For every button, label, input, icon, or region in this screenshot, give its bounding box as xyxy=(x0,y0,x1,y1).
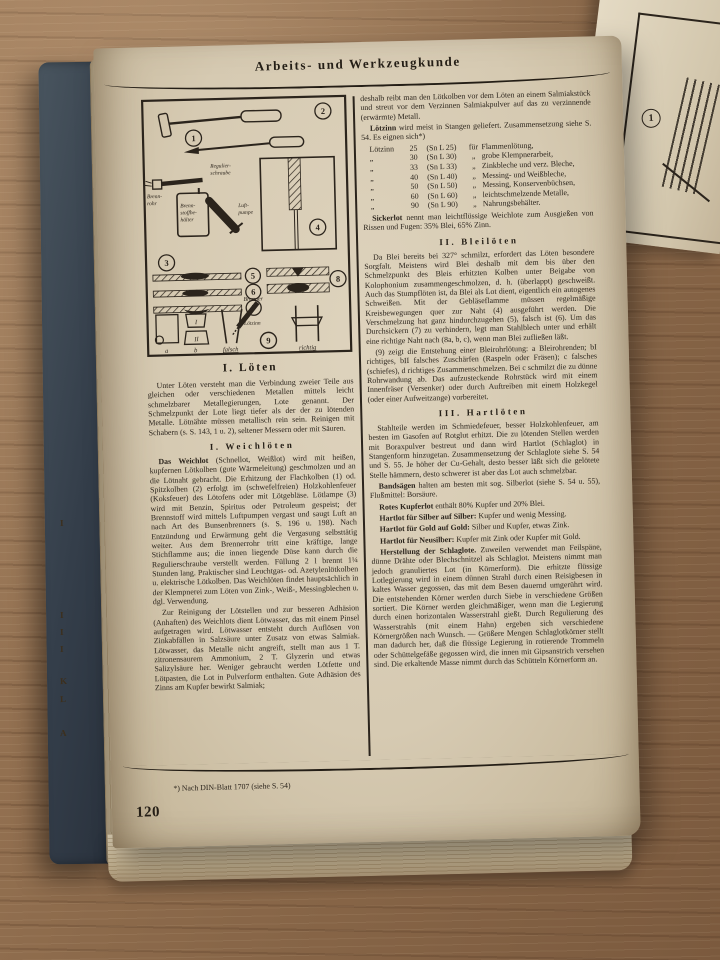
soldered-panel: 4 xyxy=(260,157,336,251)
footnote: *) Nach DIN-Blatt 1707 (siehe S. 54) xyxy=(173,781,290,793)
svg-text:3: 3 xyxy=(164,258,168,268)
text-columns: 1 2 xyxy=(141,88,607,761)
paragraph-blei-1: Da Blei bereits bei 327° schmilzt, erfor… xyxy=(364,247,597,346)
term-hartlot-neusilber: Hartlot für Neusilber: xyxy=(380,535,455,546)
paragraph-salmiak: deshalb reibt man den Lötkolben vor dem … xyxy=(360,88,591,122)
edge-letter: I xyxy=(60,610,64,620)
left-column: 1 2 xyxy=(141,94,363,761)
next-page-figure-frame: 1 xyxy=(612,12,720,247)
figure-soldering-tools: 1 2 xyxy=(141,94,353,357)
page-number: 120 xyxy=(136,804,160,822)
svg-text:falsch: falsch xyxy=(223,346,239,353)
svg-text:Brenn-: Brenn- xyxy=(147,194,162,200)
next-page-drawing-hatch xyxy=(662,77,720,194)
svg-text:8: 8 xyxy=(336,274,340,284)
lotzinn-table: Lötzinn25(Sn L 25)fürFlammenlötung, „30(… xyxy=(361,139,593,212)
svg-text:Brenn-: Brenn- xyxy=(180,203,195,209)
fore-edge-letters: I I I I K L A xyxy=(60,0,80,960)
svg-text:Lötzinn: Lötzinn xyxy=(243,321,261,327)
svg-text:Regulier-: Regulier- xyxy=(209,163,231,170)
section-title-loeten: I. Löten xyxy=(147,359,353,376)
right-column: deshalb reibt man den Lötkolben vor dem … xyxy=(360,88,607,755)
edge-letter: I xyxy=(60,518,64,528)
paragraph-herstellung: Herstellung der Schlaglote. Zuweilen ver… xyxy=(371,542,604,669)
paragraph-weichlot: Das Weichlot (Schnellot, Weißlot) wird m… xyxy=(149,452,359,606)
svg-text:pumpe: pumpe xyxy=(237,210,253,216)
svg-text:a: a xyxy=(165,348,168,355)
term-sickerlot: Sickerlot xyxy=(372,213,402,223)
section-title-weichloeten: I. Weichlöten xyxy=(149,438,355,453)
svg-text:stoffbe-: stoffbe- xyxy=(180,209,197,216)
svg-text:4: 4 xyxy=(315,222,320,232)
blow-lamp: Regulier- schraube Brenn- rohr Brenn- st… xyxy=(144,163,255,272)
svg-text:6: 6 xyxy=(251,287,255,297)
pipe-soldering: a I II b Brenner Lötzinn f xyxy=(154,295,322,355)
book-photo-scene: 1 I I I I K L A Arbeits- und Werkzeugkun… xyxy=(0,0,720,960)
svg-text:I: I xyxy=(194,319,198,326)
seam-sections: 5 6 7 xyxy=(153,268,262,318)
paragraph-loetwasser: Zur Reinigung der Lötstellen und zur bes… xyxy=(153,603,361,692)
book-page: Arbeits- und Werkzeugkunde xyxy=(93,36,640,849)
svg-text:Brenner: Brenner xyxy=(243,296,263,302)
section-title-bleiloeten: II. Bleilöten xyxy=(364,233,595,249)
svg-text:schraube: schraube xyxy=(210,170,231,177)
paragraph-hart-1: Stahlteile werden im Schmiedefeuer, bess… xyxy=(368,418,600,480)
term-bandsaegen: Bandsägen xyxy=(379,481,416,491)
edge-letter: A xyxy=(60,728,67,738)
svg-text:II: II xyxy=(193,336,199,343)
svg-text:richtig: richtig xyxy=(299,344,317,351)
edge-letter: L xyxy=(60,694,66,704)
term-kupferlot: Rotes Kupferlot xyxy=(379,501,433,511)
svg-text:rohr: rohr xyxy=(147,201,158,207)
svg-text:b: b xyxy=(194,347,198,354)
term-hartlot-gold: Hartlot für Gold auf Gold: xyxy=(380,523,470,534)
edge-letter: I xyxy=(60,627,64,637)
svg-text:5: 5 xyxy=(251,271,255,281)
next-page-circled-number: 1 xyxy=(641,108,661,128)
svg-text:1: 1 xyxy=(191,133,195,143)
section-title-hartloeten: III. Hartlöten xyxy=(368,404,599,420)
term-lotzinn: Lötzinn xyxy=(370,123,397,133)
svg-text:2: 2 xyxy=(321,106,325,116)
svg-text:9: 9 xyxy=(266,335,270,345)
paragraph-sickerlot: Sickerlot nennt man leichtflüssige Weich… xyxy=(363,209,594,233)
svg-text:Luft-: Luft- xyxy=(237,202,249,209)
flat-soldering-iron: 1 xyxy=(158,110,282,147)
svg-text:hälter: hälter xyxy=(180,217,194,223)
paragraph-blei-2: (9) zeigt die Entstehung einer Bleirohrl… xyxy=(366,342,598,404)
edge-letter: K xyxy=(60,676,67,686)
butt-weld-sections: 8 xyxy=(267,266,347,293)
edge-letter: I xyxy=(60,644,64,654)
paragraph-loeten-intro: Unter Löten versteht man die Verbindung … xyxy=(147,376,354,437)
term-hartlot-silber: Hartlot für Silber auf Silber: xyxy=(379,511,476,522)
